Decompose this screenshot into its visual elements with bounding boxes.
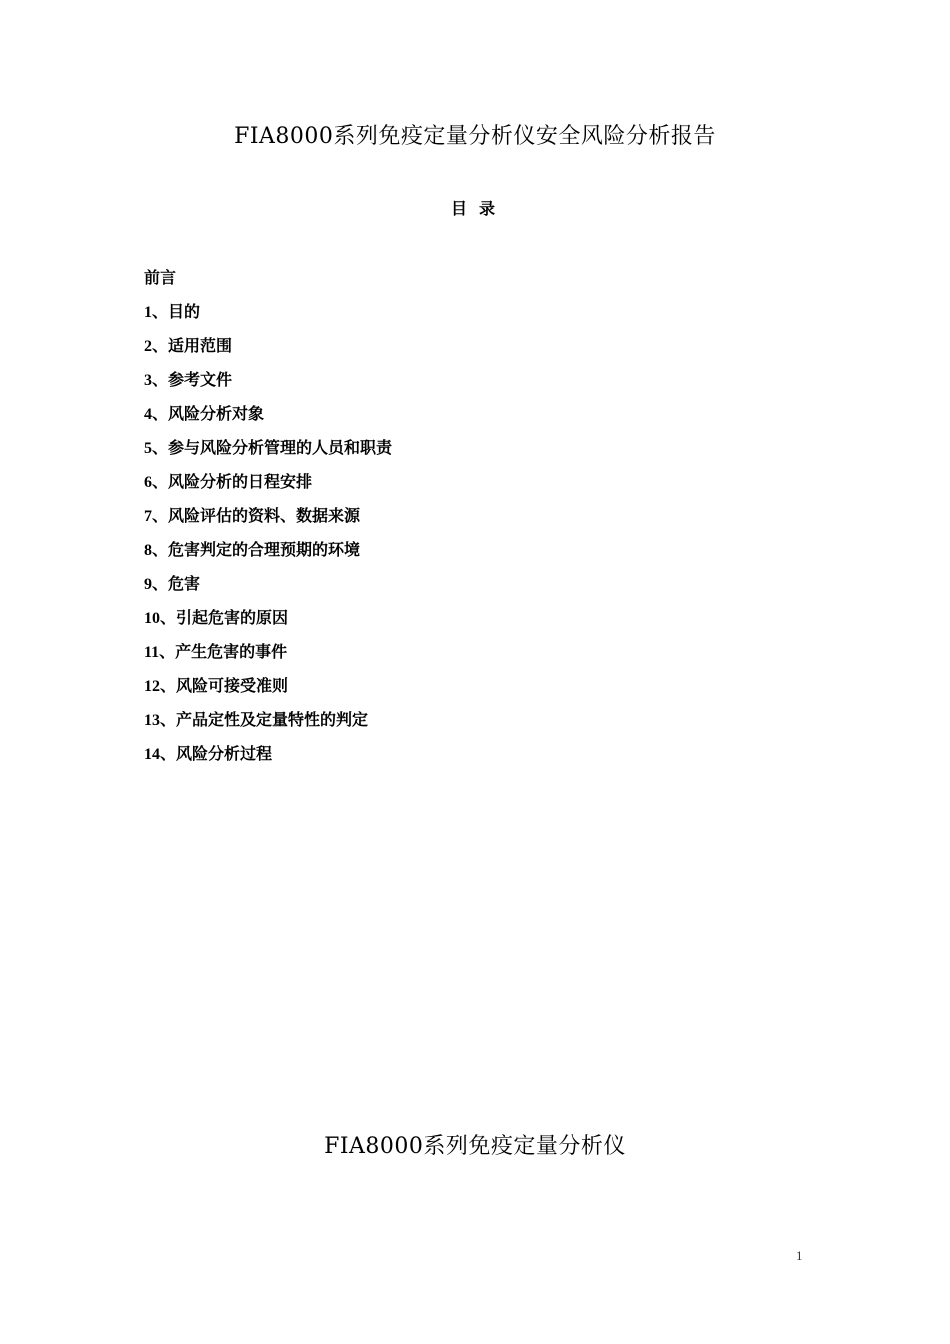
toc-item-data-sources[interactable]: 7、风险评估的资料、数据来源 bbox=[144, 504, 392, 538]
document-title: FIA8000系列免疫定量分析仪安全风险分析报告 bbox=[0, 120, 950, 154]
toc-item-schedule[interactable]: 6、风险分析的日程安排 bbox=[144, 470, 392, 504]
toc-item-hazards[interactable]: 9、危害 bbox=[144, 572, 392, 606]
section-title: FIA8000系列免疫定量分析仪 bbox=[0, 1130, 950, 1164]
toc-item-acceptance-criteria[interactable]: 12、风险可接受准则 bbox=[144, 674, 392, 708]
toc-item-personnel[interactable]: 5、参与风险分析管理的人员和职责 bbox=[144, 436, 392, 470]
toc-item-analysis-object[interactable]: 4、风险分析对象 bbox=[144, 402, 392, 436]
toc-heading: 目 录 bbox=[0, 198, 950, 222]
toc-item-analysis-process[interactable]: 14、风险分析过程 bbox=[144, 742, 392, 776]
page-number: 1 bbox=[796, 1248, 803, 1264]
toc-item-environment[interactable]: 8、危害判定的合理预期的环境 bbox=[144, 538, 392, 572]
table-of-contents: 前言 1、目的 2、适用范围 3、参考文件 4、风险分析对象 5、参与风险分析管… bbox=[144, 266, 392, 776]
toc-item-hazard-events[interactable]: 11、产生危害的事件 bbox=[144, 640, 392, 674]
toc-item-scope[interactable]: 2、适用范围 bbox=[144, 334, 392, 368]
toc-item-purpose[interactable]: 1、目的 bbox=[144, 300, 392, 334]
toc-item-characteristics[interactable]: 13、产品定性及定量特性的判定 bbox=[144, 708, 392, 742]
toc-item-references[interactable]: 3、参考文件 bbox=[144, 368, 392, 402]
toc-item-hazard-causes[interactable]: 10、引起危害的原因 bbox=[144, 606, 392, 640]
toc-item-preface[interactable]: 前言 bbox=[144, 266, 392, 300]
